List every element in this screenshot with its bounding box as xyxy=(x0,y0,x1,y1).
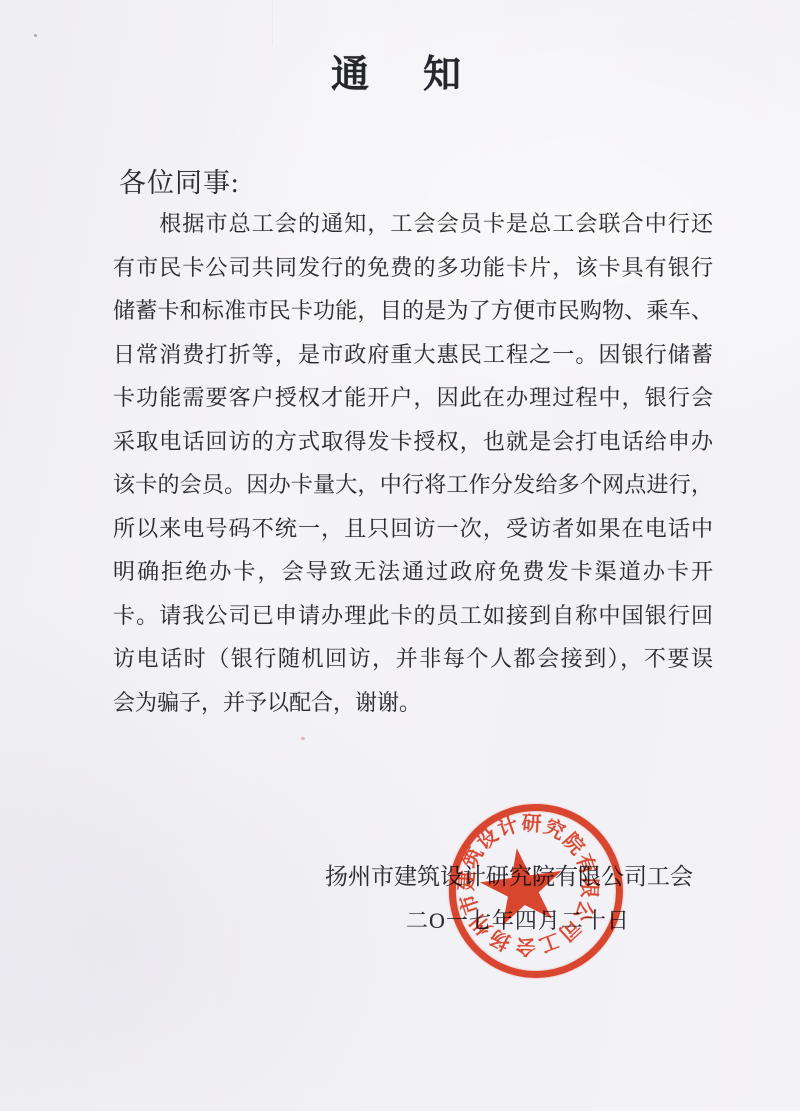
seal-arc-char: 会 xyxy=(513,934,538,959)
page-title: 通 知 xyxy=(0,52,800,98)
scan-crease xyxy=(272,0,273,46)
body-line: 明确拒绝办卡，会导致无法通过政府免费发卡渠道办卡开 xyxy=(113,550,713,594)
body-line: 该卡的会员。因办卡量大，中行将工作分发给多个网点进行， xyxy=(113,463,713,507)
scan-speck xyxy=(34,34,37,37)
salutation: 各位同事: xyxy=(119,162,240,205)
company-union-seal: 扬州市建筑设计研究院有限公司工会 xyxy=(409,766,646,1003)
body-line: 会为骗子，并予以配合，谢谢。 xyxy=(113,681,713,725)
body-line: 卡。请我公司已申请办理此卡的员工如接到自称中国银行回 xyxy=(113,594,713,638)
body-line: 所以来电号码不统一，且只回访一次，受访者如果在电话中 xyxy=(113,507,713,551)
scanned-notice-page: 通 知 各位同事: 根据市总工会的通知，工会会员卡是总工会联合中行还有市民卡公司… xyxy=(0,0,800,1111)
scan-speck xyxy=(301,737,305,740)
seal-arc-text: 扬州市建筑设计研究院有限公司工会 xyxy=(409,766,646,1003)
body-line: 访电话时（银行随机回访，并非每个人都会接到），不要误 xyxy=(113,637,713,681)
body-line: 根据市总工会的通知，工会会员卡是总工会联合中行还 xyxy=(113,202,713,246)
body-line: 储蓄卡和标准市民卡功能，目的是为了方便市民购物、乘车、 xyxy=(113,289,713,333)
body-line: 日常消费打折等，是市政府重大惠民工程之一。因银行储蓄 xyxy=(113,333,713,377)
body-line: 采取电话回访的方式取得发卡授权，也就是会打电话给申办 xyxy=(113,420,713,464)
body-line: 卡功能需要客户授权才能开户，因此在办理过程中，银行会 xyxy=(113,376,713,420)
body-line: 有市民卡公司共同发行的免费的多功能卡片，该卡具有银行 xyxy=(113,246,713,290)
body-paragraph: 根据市总工会的通知，工会会员卡是总工会联合中行还有市民卡公司共同发行的免费的多功… xyxy=(113,202,713,724)
